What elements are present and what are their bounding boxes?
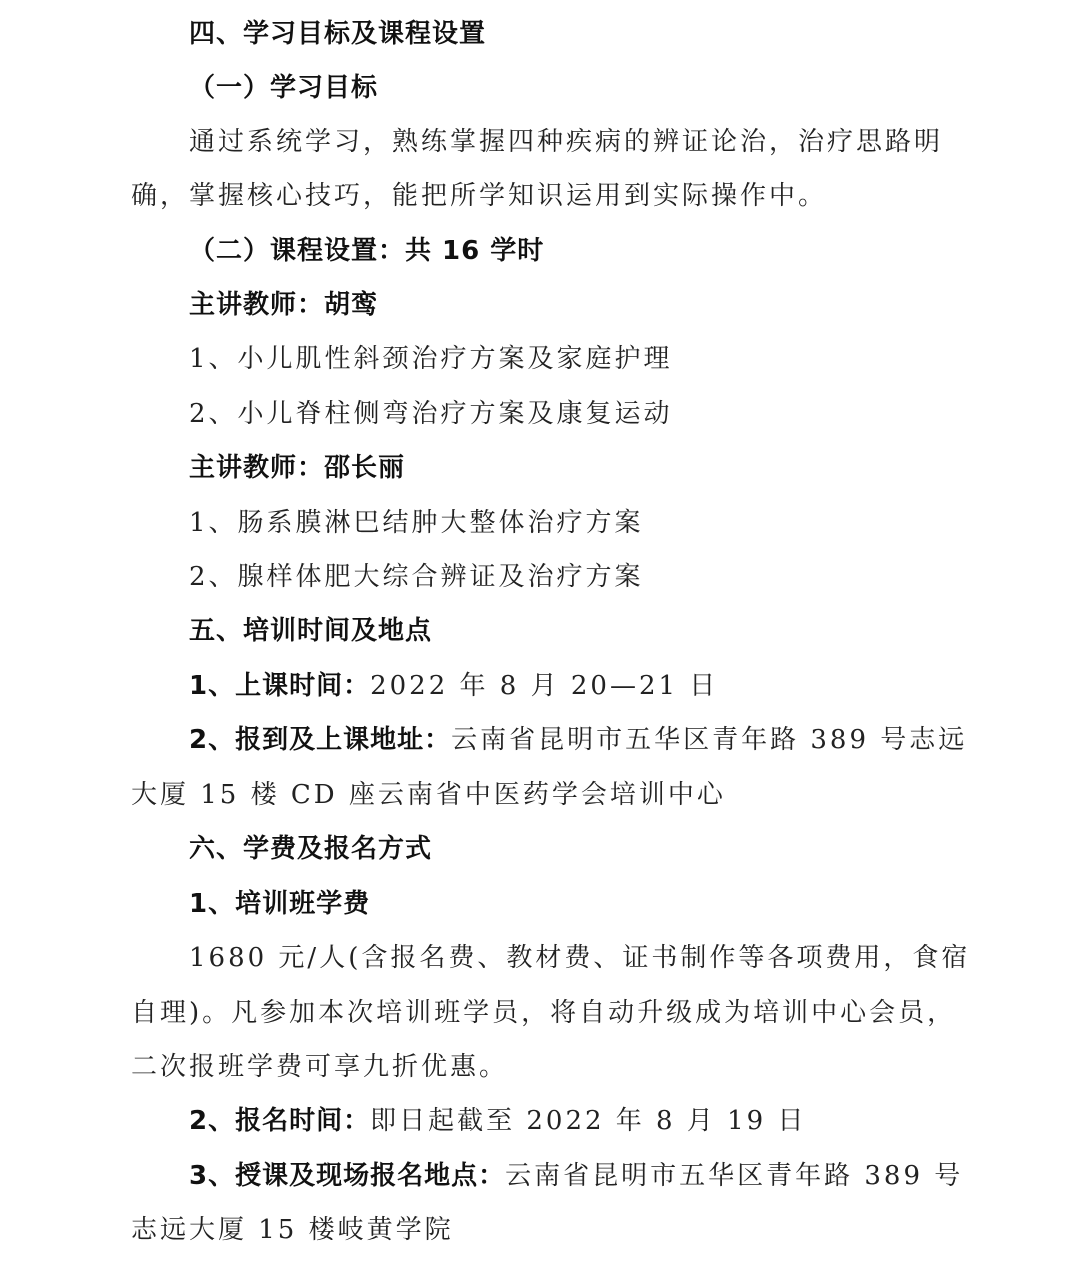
- registration-time-label: 2、报名时间：: [189, 1106, 370, 1136]
- section-4-heading: 四、学习目标及课程设置: [189, 16, 486, 52]
- address-value-line1: 云南省昆明市五华区青年路 389 号志远: [451, 725, 967, 755]
- section-5-heading: 五、培训时间及地点: [189, 613, 432, 649]
- address-label: 2、报到及上课地址：: [189, 725, 451, 755]
- learning-goals-text-line1: 通过系统学习，熟练掌握四种疾病的辨证论治，治疗思路明: [189, 124, 943, 160]
- class-time-value: 2022 年 8 月 20—21 日: [370, 671, 718, 701]
- registration-place-line1: 3、授课及现场报名地点：云南省昆明市五华区青年路 389 号: [189, 1158, 963, 1194]
- registration-place-value-line1: 云南省昆明市五华区青年路 389 号: [505, 1161, 963, 1191]
- registration-place-value-line2: 志远大厦 15 楼岐黄学院: [131, 1212, 454, 1248]
- registration-place-label: 3、授课及现场报名地点：: [189, 1161, 505, 1191]
- teacher-1-label: 主讲教师：胡鸾: [189, 287, 378, 323]
- teacher-1-course-1: 1、小儿肌性斜颈治疗方案及家庭护理: [189, 341, 673, 377]
- fee-text-line1: 1680 元/人(含报名费、教材费、证书制作等各项费用，食宿: [189, 940, 970, 976]
- learning-goals-heading: （一）学习目标: [189, 70, 378, 106]
- address-line1: 2、报到及上课地址：云南省昆明市五华区青年路 389 号志远: [189, 722, 967, 758]
- teacher-2-course-2: 2、腺样体肥大综合辨证及治疗方案: [189, 559, 644, 595]
- registration-time: 2、报名时间：即日起截至 2022 年 8 月 19 日: [189, 1103, 806, 1139]
- course-setup-heading: （二）课程设置：共 16 学时: [189, 233, 544, 269]
- section-6-heading: 六、学费及报名方式: [189, 831, 432, 867]
- teacher-1-course-2: 2、小儿脊柱侧弯治疗方案及康复运动: [189, 396, 673, 432]
- fee-text-line3: 二次报班学费可享九折优惠。: [131, 1049, 508, 1085]
- fee-label: 1、培训班学费: [189, 886, 370, 922]
- address-value-line2: 大厦 15 楼 CD 座云南省中医药学会培训中心: [131, 777, 726, 813]
- registration-time-value: 即日起截至 2022 年 8 月 19 日: [370, 1106, 806, 1136]
- class-time-label: 1、上课时间：: [189, 671, 370, 701]
- teacher-2-course-1: 1、肠系膜淋巴结肿大整体治疗方案: [189, 505, 644, 541]
- learning-goals-text-line2: 确，掌握核心技巧，能把所学知识运用到实际操作中。: [131, 178, 827, 214]
- teacher-2-label: 主讲教师：邵长丽: [189, 450, 405, 486]
- class-time: 1、上课时间：2022 年 8 月 20—21 日: [189, 668, 718, 704]
- fee-text-line2: 自理)。凡参加本次培训班学员，将自动升级成为培训中心会员，: [131, 995, 956, 1031]
